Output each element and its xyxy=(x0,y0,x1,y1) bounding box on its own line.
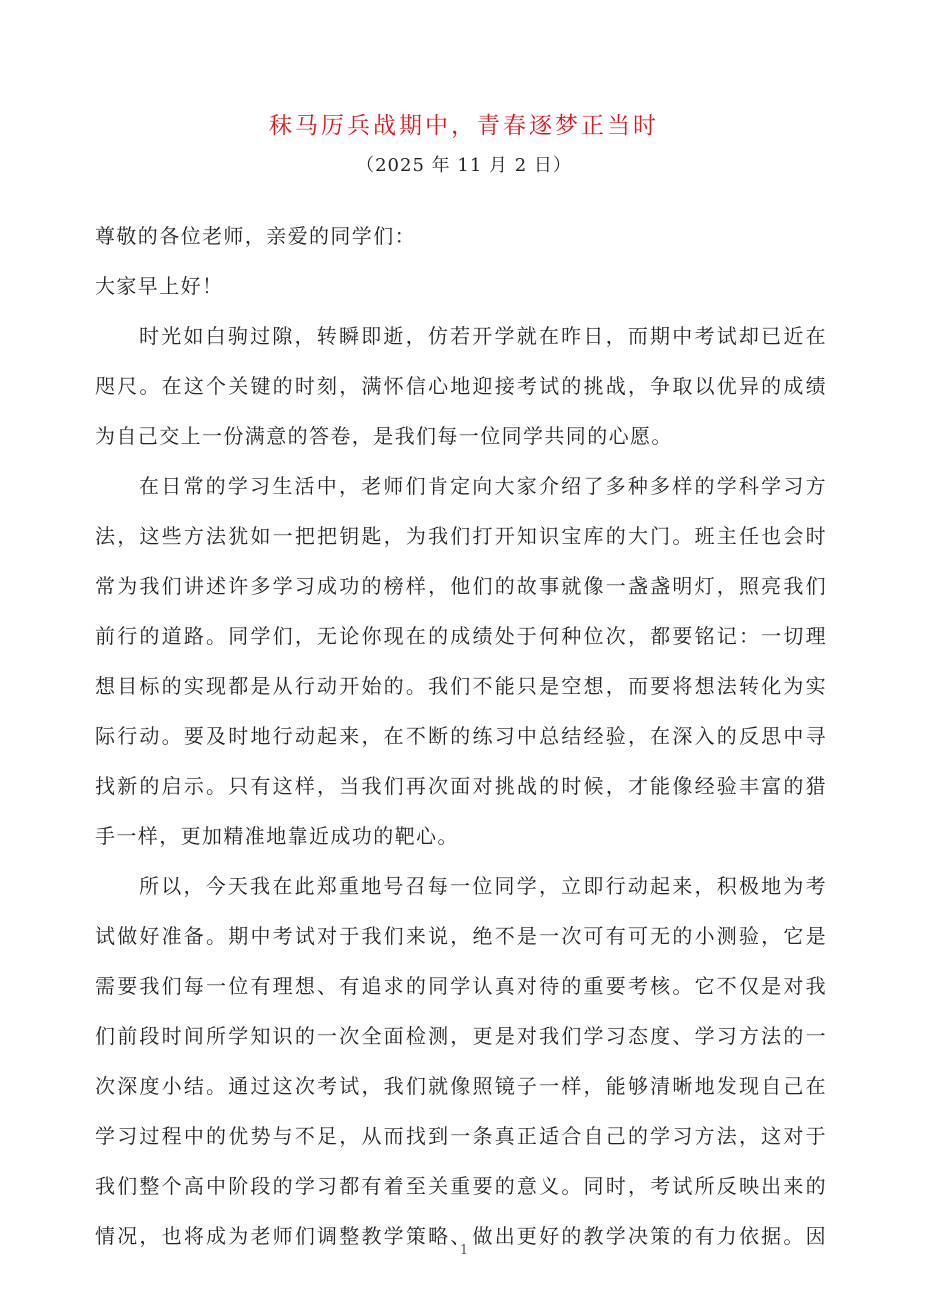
paragraph-2-line: 手一样，更加精准地靠近成功的靶心。 xyxy=(95,824,827,874)
salutation: 尊敬的各位老师，亲爱的同学们： xyxy=(95,224,827,274)
paragraph-3-line: 需要我们每一位有理想、有追求的同学认真对待的重要考核。它不仅是对我 xyxy=(95,974,827,1024)
document-body: 尊敬的各位老师，亲爱的同学们： 大家早上好！ 时光如白驹过隙，转瞬即逝，仿若开学… xyxy=(95,224,827,1274)
greeting: 大家早上好！ xyxy=(95,274,827,324)
paragraph-1-line: 时光如白驹过隙，转瞬即逝，仿若开学就在昨日，而期中考试却已近在 xyxy=(95,324,827,374)
paragraph-2-line: 前行的道路。同学们，无论你现在的成绩处于何种位次，都要铭记：一切理 xyxy=(95,624,827,674)
paragraph-2-line: 际行动。要及时地行动起来，在不断的练习中总结经验，在深入的反思中寻 xyxy=(95,724,827,774)
paragraph-2-line: 找新的启示。只有这样，当我们再次面对挑战的时候，才能像经验丰富的猎 xyxy=(95,774,827,824)
paragraph-2-line: 常为我们讲述许多学习成功的榜样，他们的故事就像一盏盏明灯，照亮我们 xyxy=(95,574,827,624)
document-page: 秣马厉兵战期中，青春逐梦正当时 （2025 年 11 月 2 日） 尊敬的各位老… xyxy=(0,0,928,1302)
paragraph-3-line: 学习过程中的优势与不足，从而找到一条真正适合自己的学习方法，这对于 xyxy=(95,1124,827,1174)
paragraph-2-line: 在日常的学习生活中，老师们肯定向大家介绍了多种多样的学科学习方 xyxy=(95,474,827,524)
page-number: 1 xyxy=(0,1243,928,1258)
paragraph-3-line: 们前段时间所学知识的一次全面检测，更是对我们学习态度、学习方法的一 xyxy=(95,1024,827,1074)
paragraph-1-line: 咫尺。在这个关键的时刻，满怀信心地迎接考试的挑战，争取以优异的成绩 xyxy=(95,374,827,424)
paragraph-3-line: 次深度小结。通过这次考试，我们就像照镜子一样，能够清晰地发现自己在 xyxy=(95,1074,827,1124)
document-date: （2025 年 11 月 2 日） xyxy=(0,152,928,180)
paragraph-2-line: 法，这些方法犹如一把把钥匙，为我们打开知识宝库的大门。班主任也会时 xyxy=(95,524,827,574)
document-title: 秣马厉兵战期中，青春逐梦正当时 xyxy=(0,110,928,142)
paragraph-2-line: 想目标的实现都是从行动开始的。我们不能只是空想，而要将想法转化为实 xyxy=(95,674,827,724)
paragraph-3-line: 我们整个高中阶段的学习都有着至关重要的意义。同时，考试所反映出来的 xyxy=(95,1174,827,1224)
paragraph-3-line: 所以，今天我在此郑重地号召每一位同学，立即行动起来，积极地为考 xyxy=(95,874,827,924)
paragraph-1-line: 为自己交上一份满意的答卷，是我们每一位同学共同的心愿。 xyxy=(95,424,827,474)
paragraph-3-line: 试做好准备。期中考试对于我们来说，绝不是一次可有可无的小测验，它是 xyxy=(95,924,827,974)
